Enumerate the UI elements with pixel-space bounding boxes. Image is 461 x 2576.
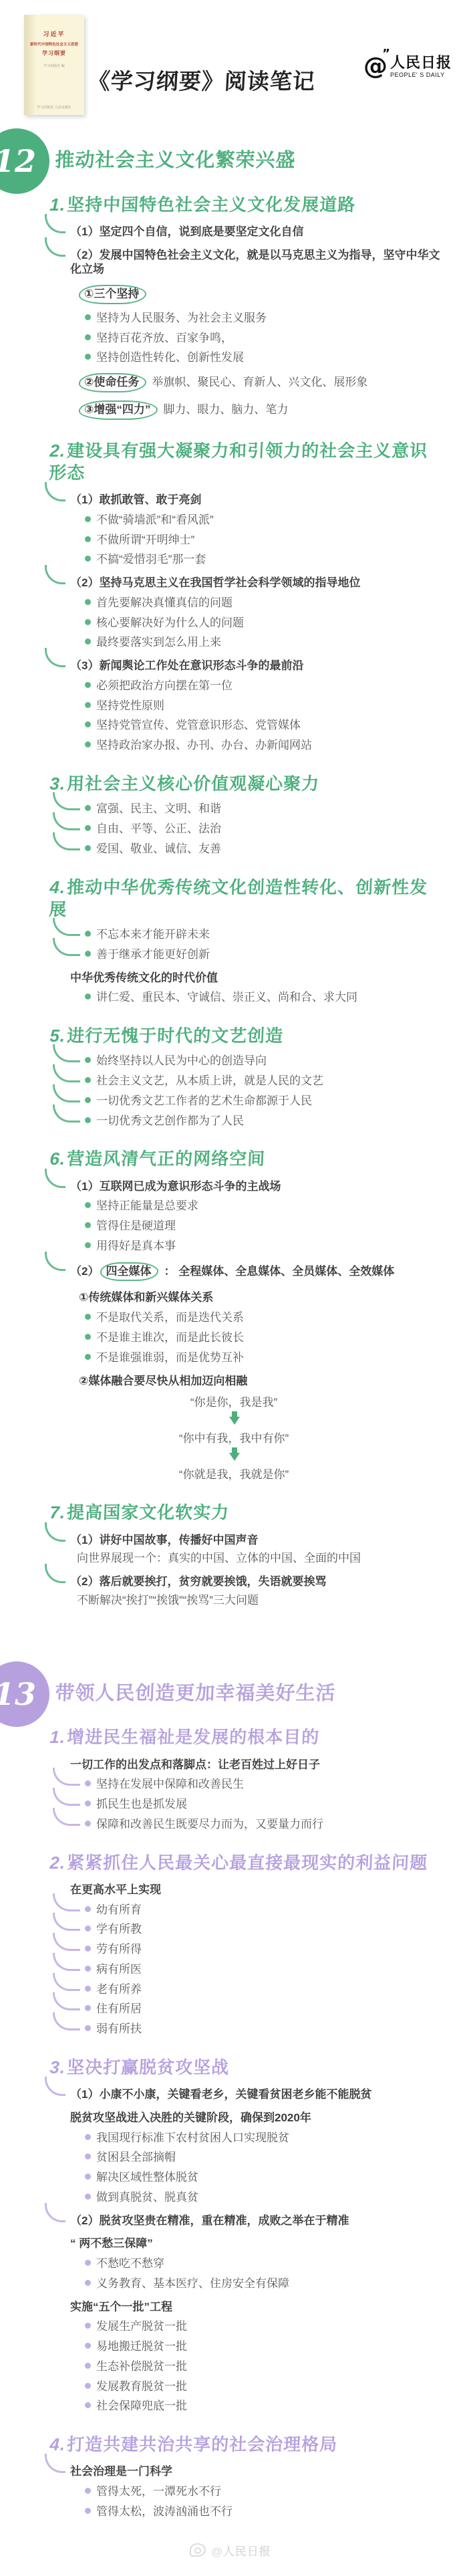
bullet-line: 一切优秀文艺工作者的艺术生命都源于人民 bbox=[85, 1094, 444, 1108]
topic-heading: 7.提高国家文化软实力 bbox=[49, 1502, 444, 1524]
bullet-line: 不愁吃不愁穿 bbox=[85, 2256, 444, 2271]
bullet-line: 用得好是真本事 bbox=[85, 1239, 444, 1254]
bullet-dot bbox=[85, 1057, 91, 1063]
bullet-line: 坚持百花齐放、百家争鸣， bbox=[85, 331, 444, 346]
note-text: （2）发展中国特色社会主义文化，就是以马克思主义为指导，坚守中华文化立场 bbox=[70, 249, 440, 276]
bullet-line: 自由、平等、公正、法治 bbox=[85, 822, 444, 836]
note-line-bold: “ 两不愁三保障” bbox=[70, 2236, 444, 2251]
topic: 3.用社会主义核心价值观凝心聚力富强、民主、文明、和谐自由、平等、公正、法治爱国… bbox=[50, 773, 444, 856]
bullet-dot bbox=[85, 1242, 91, 1248]
bullet-dot bbox=[85, 2153, 91, 2159]
note-text: （2）脱贫攻坚贵在精准，重在精准，成败之举在于精准 bbox=[70, 2214, 349, 2227]
note-line-bold: （1）讲好中国故事，传播好中国声音 bbox=[70, 1533, 444, 1548]
note-text: （1）坚定四个自信，说到底是要坚定文化自信 bbox=[70, 225, 303, 238]
bullet-text: 必须把政治方向摆在第一位 bbox=[96, 679, 233, 693]
bullet-text: 核心要解决好为什么人的问题 bbox=[96, 616, 244, 630]
bullet-text: 社会保障兜底一批 bbox=[96, 2399, 187, 2414]
bullet-line: 坚持创造性转化、创新性发展 bbox=[85, 350, 444, 365]
bullet-dot bbox=[85, 741, 91, 747]
bullet-line: 生态补偿脱贫一批 bbox=[85, 2359, 444, 2374]
topic: 6.营造风清气正的网络空间（1）互联网已成为意识形态斗争的主战场坚持正能量是总要… bbox=[50, 1148, 444, 1482]
note-line-bold: 社会治理是一门科学 bbox=[70, 2464, 444, 2479]
bullet-line: 幼有所育 bbox=[85, 1903, 444, 1917]
bullet-dot bbox=[85, 334, 91, 340]
bullet-line: 坚持党性原则 bbox=[85, 699, 444, 713]
bullet-text: 不搞“爱惜羽毛”那一套 bbox=[96, 552, 206, 567]
page-header: 习近平 新时代中国特色社会主义思想 学习纲要 学习出版社 编 学习出版社 人民出… bbox=[0, 0, 461, 131]
bullet-text: 不是谁主谁次，而是此长彼长 bbox=[96, 1330, 244, 1345]
bullet-text: 爱国、敬业、诚信、友善 bbox=[96, 842, 221, 856]
bullet-dot bbox=[85, 599, 91, 605]
bullet-text: 讲仁爱、重民本、守诚信、崇正义、尚和合、求大同 bbox=[96, 990, 357, 1005]
bullet-text: 坚持政治家办报、办刊、办台、办新闻网站 bbox=[96, 738, 312, 753]
bullet-dot bbox=[85, 1222, 91, 1228]
bullet-text: 发展生产脱贫一批 bbox=[96, 2319, 187, 2334]
topic: 4.打造共建共治共享的社会治理格局社会治理是一门科学管得太死，一潭死水不行管得太… bbox=[50, 2434, 444, 2519]
logo-cn-text: 人民日报 bbox=[390, 55, 452, 70]
quote-line: “你就是我，我就是你” bbox=[90, 1468, 377, 1482]
quote-line: “你是你，我是我” bbox=[90, 1395, 377, 1410]
bullet-line: 爱国、敬业、诚信、友善 bbox=[85, 842, 444, 856]
at-icon: @ bbox=[363, 55, 388, 79]
bullet-dot bbox=[85, 1800, 91, 1806]
bullet-dot bbox=[85, 619, 91, 625]
bullet-dot bbox=[85, 2323, 91, 2329]
bullet-dot bbox=[85, 516, 91, 522]
topic-title-text: 增进民生福祉是发展的根本目的 bbox=[67, 1727, 320, 1747]
topic-heading: 2.紧紧抓住人民最关心最直接最现实的利益问题 bbox=[49, 1852, 444, 1874]
bullet-dot bbox=[85, 805, 91, 811]
note-line-bold: （1）互联网已成为意识形态斗争的主战场 bbox=[70, 1179, 444, 1194]
bullet-line: 坚持为人民服务、为社会主义服务 bbox=[85, 311, 444, 326]
topic-title-text: 建设具有强大凝聚力和引领力的社会主义意识形态 bbox=[49, 441, 428, 483]
bullet-line: 义务教育、基本医疗、住房安全有保障 bbox=[85, 2276, 444, 2291]
bullet-dot bbox=[85, 2488, 91, 2494]
bullet-text: 不是谁强谁弱，而是优势互补 bbox=[96, 1351, 244, 1365]
note-text: 中华优秀传统文化的时代价值 bbox=[70, 971, 218, 984]
note-line-bold: （2）脱贫攻坚贵在精准，重在精准，成败之举在于精准 bbox=[70, 2214, 444, 2228]
bullet-text: 不忘本来才能开辟未来 bbox=[96, 927, 210, 942]
topic-heading: 4.打造共建共治共享的社会治理格局 bbox=[49, 2434, 444, 2456]
bullet-dot bbox=[85, 682, 91, 688]
circled-line: ③增强“四力”脚力、眼力、脑力、笔力 bbox=[79, 400, 444, 420]
bullet-line: 管得太松，波涛汹涌也不行 bbox=[85, 2504, 444, 2519]
logo-en-text: PEOPLE' S DAILY bbox=[390, 72, 452, 78]
topic-number: 3. bbox=[49, 774, 66, 794]
bullet-dot bbox=[85, 2280, 91, 2286]
oval-highlight: 四全媒体 bbox=[100, 1262, 158, 1282]
bullet-dot bbox=[85, 1077, 91, 1083]
topic-number: 4. bbox=[49, 2434, 66, 2454]
note-line-bold: （2）坚持马克思主义在我国哲学社会科学领域的指导地位 bbox=[70, 576, 444, 590]
bullet-dot bbox=[85, 1314, 91, 1320]
topic-title-text: 打造共建共治共享的社会治理格局 bbox=[67, 2434, 338, 2454]
topic-title-text: 坚持中国特色社会主义文化发展道路 bbox=[67, 195, 356, 215]
note-text: 一切工作的出发点和落脚点：让老百姓过上好日子 bbox=[70, 1758, 320, 1771]
bullet-text: 做到真脱贫、脱真贫 bbox=[96, 2190, 198, 2205]
topic-number: 1. bbox=[49, 1727, 66, 1747]
bullet-line: 善于继承才能更好创新 bbox=[85, 947, 444, 962]
topic-heading: 6.营造风清气正的网络空间 bbox=[49, 1148, 444, 1170]
book-cover-line: 学习出版社 人民出版社 bbox=[37, 105, 71, 110]
bullet-text: 用得好是真本事 bbox=[96, 1239, 176, 1254]
section-topics: 1.坚持中国特色社会主义文化发展道路（1）坚定四个自信，说到底是要坚定文化自信（… bbox=[0, 194, 461, 1608]
bullet-text: 坚持正能量是总要求 bbox=[96, 1199, 198, 1213]
circled-line: ①三个坚持 bbox=[79, 285, 444, 304]
topic: 3.坚决打赢脱贫攻坚战（1）小康不小康，关键看老乡，关键看贫困老乡能不能脱贫脱贫… bbox=[50, 2057, 444, 2414]
bullet-line: 老有所养 bbox=[85, 1982, 444, 1997]
bullet-dot bbox=[85, 536, 91, 542]
bullet-dot bbox=[85, 721, 91, 727]
bullet-line: 坚持在发展中保障和改善民生 bbox=[85, 1777, 444, 1792]
bullet-dot bbox=[85, 2363, 91, 2369]
topic-number: 7. bbox=[49, 1502, 66, 1522]
topic-number: 2. bbox=[49, 441, 66, 461]
bullet-text: 抓民生也是抓发展 bbox=[96, 1797, 187, 1812]
bullet-line: 富强、民主、文明、和谐 bbox=[85, 802, 444, 816]
note-text: ①传统媒体和新兴媒体关系 bbox=[79, 1291, 213, 1304]
circled-rest: ： 全程媒体、全息媒体、全员媒体、全效媒体 bbox=[164, 1265, 394, 1278]
bullet-text: 始终坚持以人民为中心的创造导向 bbox=[96, 1054, 267, 1068]
bullet-dot bbox=[85, 2260, 91, 2266]
topic: 2.紧紧抓住人民最关心最直接最现实的利益问题在更高水平上实现幼有所育学有所教劳有… bbox=[50, 1852, 444, 2036]
circled-line: ②使命任务举旗帜、聚民心、育新人、兴文化、展形象 bbox=[79, 373, 444, 392]
book-cover-line: 习近平 bbox=[43, 29, 65, 38]
note-line-bold: （3）新闻舆论工作处在意识形态斗争的最前沿 bbox=[70, 659, 444, 673]
bullet-line: 不做“骑墙派”和“看风派” bbox=[85, 513, 444, 528]
numbered-subheading: ①传统媒体和新兴媒体关系 bbox=[79, 1290, 444, 1305]
bullet-text: 管得太死，一潭死水不行 bbox=[96, 2484, 221, 2499]
page-title: 《学习纲要》阅读笔记 bbox=[88, 64, 316, 96]
topic: 5.进行无愧于时代的文艺创造始终坚持以人民为中心的创造导向社会主义文艺，从本质上… bbox=[50, 1025, 444, 1128]
quote-line: “你中有我，我中有你” bbox=[90, 1431, 377, 1446]
topic-title-text: 紧紧抓住人民最关心最直接最现实的利益问题 bbox=[67, 1853, 428, 1873]
bullet-text: 病有所医 bbox=[96, 1962, 142, 1977]
bullet-dot bbox=[85, 2134, 91, 2140]
bullet-line: 坚持正能量是总要求 bbox=[85, 1199, 444, 1213]
bullet-dot bbox=[85, 1202, 91, 1208]
bullet-text: 贫困县全部摘帽 bbox=[96, 2150, 176, 2165]
bullet-text: 自由、平等、公正、法治 bbox=[96, 822, 221, 836]
section-title: 推动社会主义文化繁荣兴盛 bbox=[0, 131, 461, 174]
topic-heading: 1.增进民生福祉是发展的根本目的 bbox=[49, 1726, 444, 1748]
note-line-bold: 中华优秀传统文化的时代价值 bbox=[70, 971, 444, 985]
bullet-dot bbox=[85, 1986, 91, 1992]
bullet-dot bbox=[85, 1906, 91, 1912]
bullet-line: 弱有所扶 bbox=[85, 2022, 444, 2036]
watermark: @人民日报 bbox=[0, 2542, 461, 2559]
bullet-dot bbox=[85, 2343, 91, 2349]
down-arrow-icon bbox=[229, 1453, 240, 1461]
topic-number: 6. bbox=[49, 1149, 66, 1169]
bullet-line: 解决区域性整体脱贫 bbox=[85, 2170, 444, 2185]
note-text: （2）坚持马克思主义在我国哲学社会科学领域的指导地位 bbox=[70, 576, 360, 589]
bullet-text: 解决区域性整体脱贫 bbox=[96, 2170, 198, 2185]
bullet-text: 不是取代关系，而是迭代关系 bbox=[96, 1310, 244, 1325]
bullet-text: 劳有所得 bbox=[96, 1942, 142, 1957]
note-line-bold: （2）落后就要挨打，贫穷就要挨饿，失语就要挨骂 bbox=[70, 1574, 444, 1589]
topic-heading: 3.坚决打赢脱贫攻坚战 bbox=[49, 2057, 444, 2079]
bullet-text: 义务教育、基本医疗、住房安全有保障 bbox=[96, 2276, 289, 2291]
quote-text: “你中有我，我中有你” bbox=[179, 1432, 289, 1445]
note-line-bold: 实施“五个一批”工程 bbox=[70, 2300, 444, 2315]
bullet-text: 坚持创造性转化、创新性发展 bbox=[96, 350, 244, 365]
bullet-text: 首先要解决真懂真信的问题 bbox=[96, 596, 233, 610]
bullet-text: 坚持百花齐放、百家争鸣， bbox=[96, 331, 233, 346]
bullet-line: 不是谁主谁次，而是此长彼长 bbox=[85, 1330, 444, 1345]
quote-text: “你是你，我是我” bbox=[190, 1396, 277, 1409]
bullet-dot bbox=[85, 1097, 91, 1103]
bullet-line: 保障和改善民生既要尽力而为，又要量力而行 bbox=[85, 1817, 444, 1832]
bullet-dot bbox=[85, 1966, 91, 1972]
bullet-line: 坚持政治家办报、办刊、办台、办新闻网站 bbox=[85, 738, 444, 753]
note-text: 在更高水平上实现 bbox=[70, 1883, 161, 1896]
note-line-bold: （2）发展中国特色社会主义文化，就是以马克思主义为指导，坚守中华文化立场 bbox=[70, 248, 444, 277]
note-text: （2）落后就要挨打，贫穷就要挨饿，失语就要挨骂 bbox=[70, 1575, 326, 1588]
oval-highlight: ③增强“四力” bbox=[79, 400, 158, 420]
topic-heading: 4.推动中华优秀传统文化创造性转化、创新性发展 bbox=[49, 876, 444, 921]
peoples-daily-logo: @ 人民日报 PEOPLE' S DAILY bbox=[363, 55, 452, 79]
bullet-line: 不忘本来才能开辟未来 bbox=[85, 927, 444, 942]
bullet-text: 弱有所扶 bbox=[96, 2022, 142, 2036]
section-12: 12 推动社会主义文化繁荣兴盛 1.坚持中国特色社会主义文化发展道路（1）坚定四… bbox=[0, 131, 461, 1608]
note-text: 脱贫攻坚战进入决胜的关键阶段，确保到2020年 bbox=[70, 2111, 311, 2124]
bullet-line: 发展生产脱贫一批 bbox=[85, 2319, 444, 2334]
bullet-dot bbox=[85, 845, 91, 851]
section-title: 带领人民创造更加幸福美好生活 bbox=[0, 1664, 461, 1707]
bullet-line: 不是取代关系，而是迭代关系 bbox=[85, 1310, 444, 1325]
note-line-bold: （1）小康不小康，关键看老乡，关键看贫困老乡能不能脱贫 bbox=[70, 2087, 444, 2102]
bullet-line: 做到真脱贫、脱真贫 bbox=[85, 2190, 444, 2205]
bullet-dot bbox=[85, 1780, 91, 1786]
bullet-text: 坚持为人民服务、为社会主义服务 bbox=[96, 311, 267, 326]
bullet-line: 必须把政治方向摆在第一位 bbox=[85, 679, 444, 693]
bullet-dot bbox=[85, 825, 91, 831]
topic-title-text: 营造风清气正的网络空间 bbox=[67, 1149, 266, 1169]
bullet-dot bbox=[85, 2194, 91, 2200]
note-text: “ 两不愁三保障” bbox=[70, 2237, 153, 2250]
bullet-line: 管得住是硬道理 bbox=[85, 1219, 444, 1234]
book-cover-line: 学习出版社 编 bbox=[43, 64, 64, 68]
topic-number: 3. bbox=[49, 2057, 66, 2077]
bullet-dot bbox=[85, 638, 91, 645]
bullet-text: 善于继承才能更好创新 bbox=[96, 947, 210, 962]
book-cover-line: 学习纲要 bbox=[42, 49, 66, 57]
oval-highlight: ①三个坚持 bbox=[79, 285, 146, 304]
note-line-bold: 脱贫攻坚战进入决胜的关键阶段，确保到2020年 bbox=[70, 2111, 444, 2125]
bullet-dot bbox=[85, 2025, 91, 2031]
bullet-text: 坚持在发展中保障和改善民生 bbox=[96, 1777, 244, 1792]
bullet-line: 发展教育脱贫一批 bbox=[85, 2379, 444, 2394]
topic: 7.提高国家文化软实力（1）讲好中国故事，传播好中国声音向世界展现一个：真实的中… bbox=[50, 1502, 444, 1607]
topic: 2.建设具有强大凝聚力和引领力的社会主义意识形态（1）敢抓敢管、敢于亮剑不做“骑… bbox=[50, 440, 444, 753]
bullet-line: 病有所医 bbox=[85, 1962, 444, 1977]
note-line-bold: （1）敢抓敢管、敢于亮剑 bbox=[70, 493, 444, 507]
bullet-dot bbox=[85, 2005, 91, 2011]
topic-number: 1. bbox=[49, 195, 66, 215]
bullet-text: 不做所谓“开明绅士” bbox=[96, 533, 194, 548]
bullet-dot bbox=[85, 1946, 91, 1952]
book-cover: 习近平 新时代中国特色社会主义思想 学习纲要 学习出版社 编 学习出版社 人民出… bbox=[24, 15, 84, 115]
bullet-text: 老有所养 bbox=[96, 1982, 142, 1997]
note-text: 社会治理是一门科学 bbox=[70, 2465, 172, 2478]
bullet-line: 贫困县全部摘帽 bbox=[85, 2150, 444, 2165]
topic: 4.推动中华优秀传统文化创造性转化、创新性发展不忘本来才能开辟未来善于继承才能更… bbox=[50, 876, 444, 1006]
bullet-line: 讲仁爱、重民本、守诚信、崇正义、尚和合、求大同 bbox=[85, 990, 444, 1005]
circled-rest: 举旗帜、聚民心、育新人、兴文化、展形象 bbox=[152, 376, 367, 388]
bullet-line: 核心要解决好为什么人的问题 bbox=[85, 616, 444, 630]
bullet-text: 富强、民主、文明、和谐 bbox=[96, 802, 221, 816]
bullet-dot bbox=[85, 354, 91, 360]
topic: 1.增进民生福祉是发展的根本目的一切工作的出发点和落脚点：让老百姓过上好日子坚持… bbox=[50, 1726, 444, 1831]
bullet-line: 不搞“爱惜羽毛”那一套 bbox=[85, 552, 444, 567]
bullet-dot bbox=[85, 931, 91, 937]
bullet-dot bbox=[85, 993, 91, 1000]
bullet-line: 不是谁强谁弱，而是优势互补 bbox=[85, 1351, 444, 1365]
topic-number: 4. bbox=[49, 877, 66, 897]
bullet-text: 学有所教 bbox=[96, 1922, 142, 1937]
bullet-text: 管得住是硬道理 bbox=[96, 1219, 176, 1234]
weibo-icon bbox=[190, 2543, 206, 2557]
circled-rest: 脚力、眼力、脑力、笔力 bbox=[163, 403, 288, 416]
bullet-dot bbox=[85, 1925, 91, 1931]
item-number: （2） bbox=[70, 1265, 99, 1278]
note-line: 向世界展现一个：真实的中国、立体的中国、全面的中国 bbox=[77, 1551, 444, 1566]
bullet-line: 不做所谓“开明绅士” bbox=[85, 533, 444, 548]
note-line-bold: 一切工作的出发点和落脚点：让老百姓过上好日子 bbox=[70, 1758, 444, 1772]
bullet-dot bbox=[85, 2508, 91, 2514]
bullet-text: 易地搬迁脱贫一批 bbox=[96, 2339, 187, 2354]
book-cover-line: 新时代中国特色社会主义思想 bbox=[30, 41, 78, 46]
bullet-line: 社会保障兜底一批 bbox=[85, 2399, 444, 2414]
watermark-text: @人民日报 bbox=[211, 2542, 271, 2559]
note-text: （1）敢抓敢管、敢于亮剑 bbox=[70, 493, 201, 506]
topic-number: 5. bbox=[49, 1026, 66, 1046]
bullet-text: 不做“骑墙派”和“看风派” bbox=[96, 513, 214, 528]
bullet-line: 最终要落实到怎么用上来 bbox=[85, 635, 444, 650]
bullet-line: 社会主义文艺，从本质上讲，就是人民的文艺 bbox=[85, 1074, 444, 1088]
note-line-bold: （1）坚定四个自信，说到底是要坚定文化自信 bbox=[70, 225, 444, 239]
bullet-dot bbox=[85, 702, 91, 708]
bullet-dot bbox=[85, 2402, 91, 2408]
bullet-line: 始终坚持以人民为中心的创造导向 bbox=[85, 1054, 444, 1068]
bullet-text: 不愁吃不愁穿 bbox=[96, 2256, 164, 2271]
bullet-line: 管得太死，一潭死水不行 bbox=[85, 2484, 444, 2499]
bullet-line: 易地搬迁脱贫一批 bbox=[85, 2339, 444, 2354]
bullet-dot bbox=[85, 314, 91, 320]
bullet-dot bbox=[85, 1117, 91, 1123]
bullet-dot bbox=[85, 951, 91, 957]
topic-heading: 3.用社会主义核心价值观凝心聚力 bbox=[49, 773, 444, 795]
bullet-text: 社会主义文艺，从本质上讲，就是人民的文艺 bbox=[96, 1074, 323, 1088]
note-text: （3）新闻舆论工作处在意识形态斗争的最前沿 bbox=[70, 659, 303, 672]
bullet-text: 管得太松，波涛汹涌也不行 bbox=[96, 2504, 233, 2519]
note-text: （1）讲好中国故事，传播好中国声音 bbox=[70, 1534, 258, 1546]
note-text: 实施“五个一批”工程 bbox=[70, 2301, 172, 2313]
circled-line: （2）四全媒体： 全程媒体、全息媒体、全员媒体、全效媒体 bbox=[70, 1262, 444, 1282]
numbered-subheading: ②媒体融合要尽快从相加迈向相融 bbox=[79, 1374, 444, 1389]
note-text: ②媒体融合要尽快从相加迈向相融 bbox=[79, 1375, 247, 1387]
topic: 1.坚持中国特色社会主义文化发展道路（1）坚定四个自信，说到底是要坚定文化自信（… bbox=[50, 194, 444, 420]
quote-text: “你就是我，我就是你” bbox=[179, 1468, 289, 1481]
topic-number: 2. bbox=[49, 1853, 66, 1873]
bullet-dot bbox=[85, 1334, 91, 1340]
topic-title-text: 坚决打赢脱贫攻坚战 bbox=[67, 2057, 230, 2077]
bullet-line: 首先要解决真懂真信的问题 bbox=[85, 596, 444, 610]
down-arrow-icon bbox=[229, 1417, 240, 1425]
bullet-line: 我国现行标准下农村贫困人口实现脱贫 bbox=[85, 2131, 444, 2145]
topic-title-text: 推动中华优秀传统文化创造性转化、创新性发展 bbox=[49, 877, 428, 919]
topic-title-text: 提高国家文化软实力 bbox=[67, 1502, 230, 1522]
topic-heading: 5.进行无愧于时代的文艺创造 bbox=[49, 1025, 444, 1047]
bullet-line: 一切优秀文艺创作都为了人民 bbox=[85, 1114, 444, 1129]
bullet-text: 一切优秀文艺创作都为了人民 bbox=[96, 1114, 244, 1129]
bullet-text: 一切优秀文艺工作者的艺术生命都源于人民 bbox=[96, 1094, 312, 1108]
note-line-bold: 在更高水平上实现 bbox=[70, 1883, 444, 1897]
bullet-dot bbox=[85, 556, 91, 562]
bullet-text: 保障和改善民生既要尽力而为，又要量力而行 bbox=[96, 1817, 323, 1832]
section-topics: 1.增进民生福祉是发展的根本目的一切工作的出发点和落脚点：让老百姓过上好日子坚持… bbox=[0, 1726, 461, 2519]
bullet-line: 劳有所得 bbox=[85, 1942, 444, 1957]
note-text: 不断解决“挨打”“挨饿”“挨骂”三大问题 bbox=[77, 1594, 259, 1607]
note-text: （1）互联网已成为意识形态斗争的主战场 bbox=[70, 1180, 281, 1193]
note-line: 不断解决“挨打”“挨饿”“挨骂”三大问题 bbox=[77, 1593, 444, 1608]
note-text: （1）小康不小康，关键看老乡，关键看贫困老乡能不能脱贫 bbox=[70, 2088, 371, 2101]
bullet-dot bbox=[85, 2383, 91, 2389]
bullet-dot bbox=[85, 1354, 91, 1360]
bullet-text: 幼有所育 bbox=[96, 1903, 142, 1917]
bullet-dot bbox=[85, 1821, 91, 1827]
section-13: 13 带领人民创造更加幸福美好生活 1.增进民生福祉是发展的根本目的一切工作的出… bbox=[0, 1664, 461, 2519]
bullet-text: 最终要落实到怎么用上来 bbox=[96, 635, 221, 650]
bullet-text: 坚持党性原则 bbox=[96, 699, 164, 713]
bullet-line: 坚持党管宣传、党管意识形态、党管媒体 bbox=[85, 718, 444, 733]
note-text: 向世界展现一个：真实的中国、立体的中国、全面的中国 bbox=[77, 1552, 361, 1564]
bullet-line: 抓民生也是抓发展 bbox=[85, 1797, 444, 1812]
topic-heading: 2.建设具有强大凝聚力和引领力的社会主义意识形态 bbox=[49, 440, 444, 485]
bullet-text: 坚持党管宣传、党管意识形态、党管媒体 bbox=[96, 718, 301, 733]
topic-title-text: 进行无愧于时代的文艺创造 bbox=[67, 1026, 284, 1046]
bullet-dot bbox=[85, 2174, 91, 2180]
bullet-line: 住有所居 bbox=[85, 2002, 444, 2016]
bullet-text: 住有所居 bbox=[96, 2002, 142, 2016]
bullet-text: 我国现行标准下农村贫困人口实现脱贫 bbox=[96, 2131, 289, 2145]
topic-heading: 1.坚持中国特色社会主义文化发展道路 bbox=[49, 194, 444, 216]
topic-title-text: 用社会主义核心价值观凝心聚力 bbox=[67, 774, 320, 794]
bullet-text: 发展教育脱贫一批 bbox=[96, 2379, 187, 2394]
oval-highlight: ②使命任务 bbox=[79, 373, 146, 392]
bullet-text: 生态补偿脱贫一批 bbox=[96, 2359, 187, 2374]
bullet-line: 学有所教 bbox=[85, 1922, 444, 1937]
